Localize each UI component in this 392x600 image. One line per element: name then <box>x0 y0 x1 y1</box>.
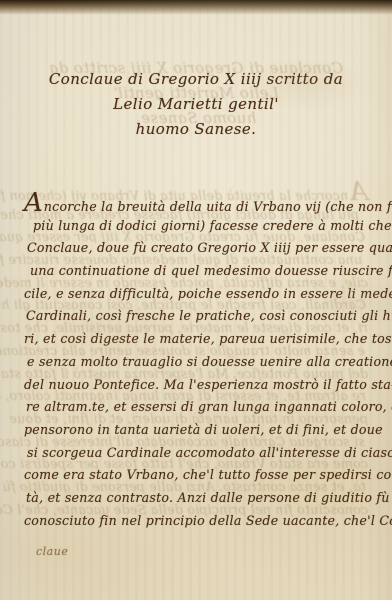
body-line: Cardinali, così fresche le pratiche, cos… <box>26 305 380 328</box>
body-line: ri, et così digeste le materie, pareua u… <box>24 328 380 351</box>
body-line: Conclaue, doue fù creato Gregorio X iiij… <box>27 237 380 260</box>
catchword: claue <box>36 545 68 558</box>
title-line-1: Conclaue di Gregorio X iiij scritto da <box>0 67 392 92</box>
body-line: e senza molto trauaglio si douesse uenir… <box>27 351 380 374</box>
manuscript-title: Conclaue di Gregorio X iiij scritto da L… <box>0 67 392 142</box>
body-line: come era stato Vrbano, che'l tutto fosse… <box>24 464 380 487</box>
title-line-3: huomo Sanese. <box>0 117 392 142</box>
body-line: tà, et senza contrasto. Anzi dalle perso… <box>26 487 380 510</box>
manuscript-body: Ancorche la breuità della uita di Vrbano… <box>24 192 380 532</box>
body-line: cile, e senza difficultà, poiche essendo… <box>24 283 380 306</box>
decorated-initial: A <box>24 188 44 218</box>
body-line: una continuatione di quel medesimo doues… <box>30 260 380 283</box>
body-line: più lunga di dodici giorni) facesse cred… <box>33 215 380 238</box>
body-line: si scorgeua Cardinale accomodato all'int… <box>27 442 380 465</box>
body-line: conosciuto fin nel principio della Sede … <box>24 510 380 533</box>
body-line: pensorono in tanta uarietà di uoleri, et… <box>24 419 380 442</box>
title-line-2: Lelio Marietti gentil' <box>0 92 392 117</box>
body-line: del nuouo Pontefice. Ma l'esperienza mos… <box>24 374 380 397</box>
body-line: re altram.te, et essersi di gran lunga i… <box>26 396 380 419</box>
body-line-text: ncorche la breuità della uita di Vrbano … <box>44 199 392 214</box>
manuscript-page: Conclaue di Gregorio X iiij scritto da L… <box>0 0 392 600</box>
manuscript-text-layer: Conclaue di Gregorio X iiij scritto da L… <box>0 0 392 600</box>
body-line: Ancorche la breuità della uita di Vrbano… <box>24 192 380 215</box>
